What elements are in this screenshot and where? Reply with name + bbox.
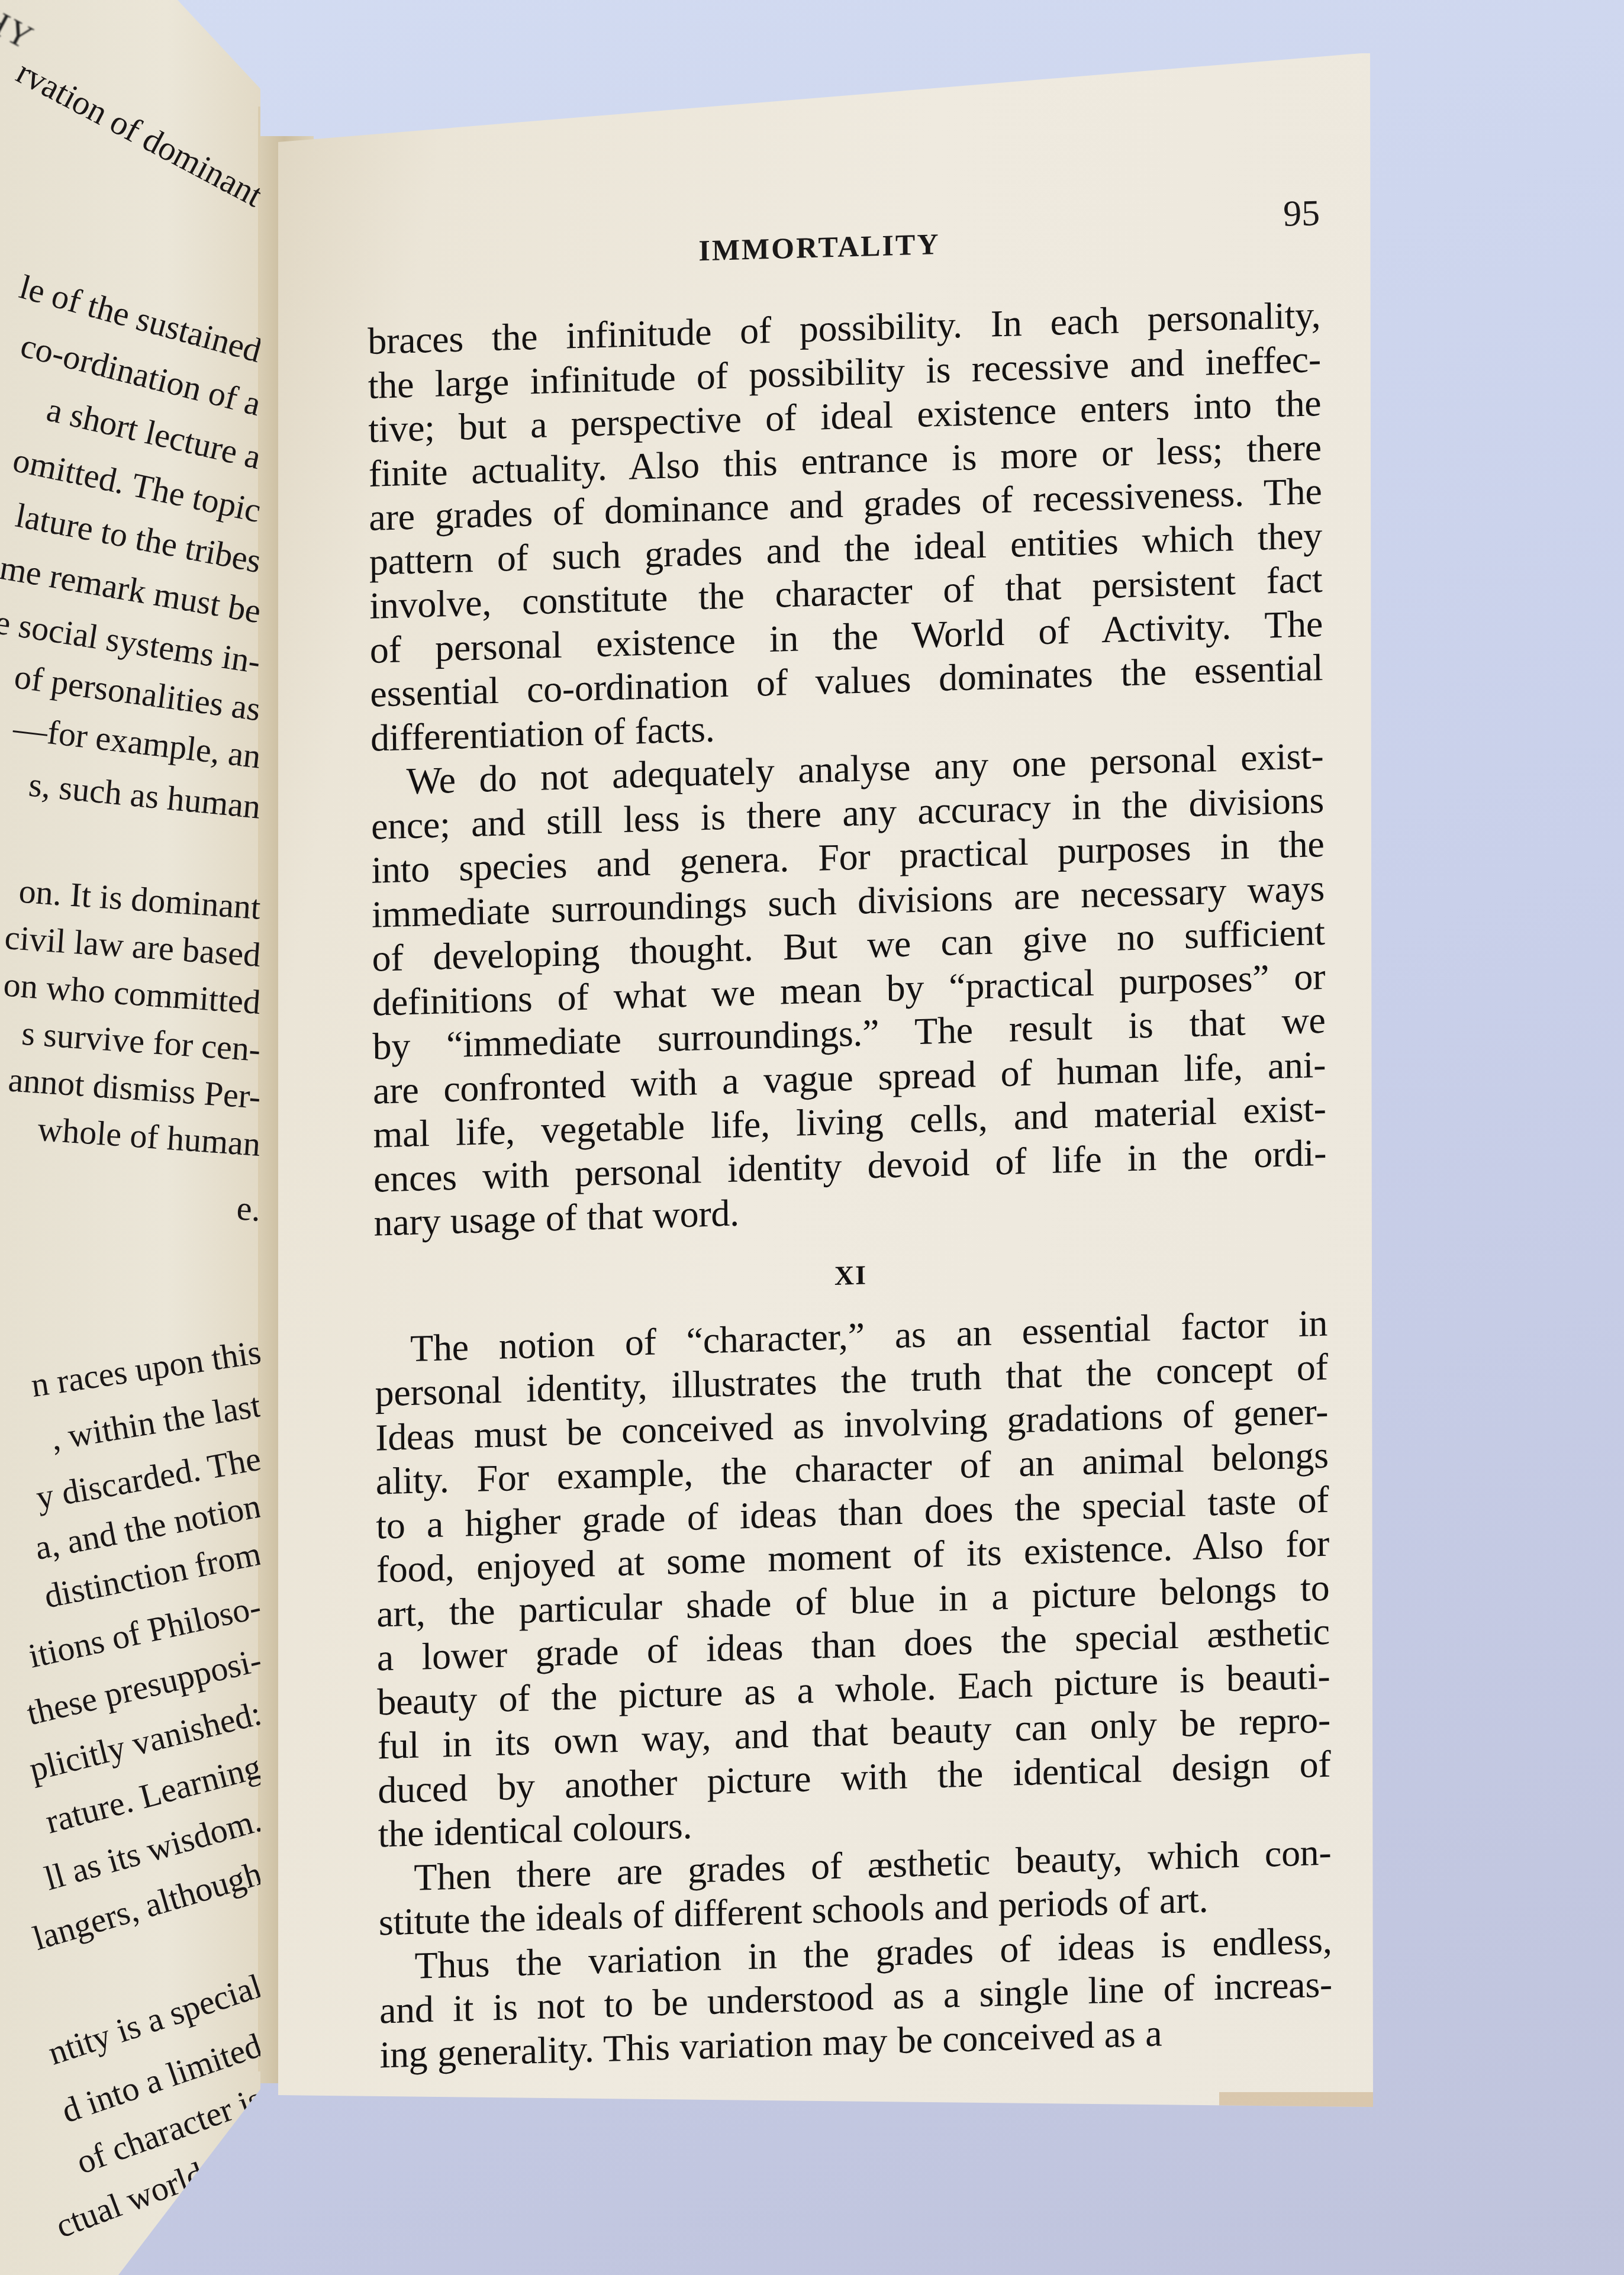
- paragraph: braces the infinitude of possibility. In…: [368, 293, 1323, 761]
- paragraph: We do not adequately analyse any one per…: [370, 734, 1327, 1245]
- left-running-head: HY: [0, 0, 40, 58]
- paragraph: Thus the variation in the grades of idea…: [379, 1918, 1333, 2077]
- left-text-line: rvation of dominant: [11, 52, 270, 215]
- section-xi-body: The notion of “character,” as an essenti…: [375, 1301, 1333, 2077]
- right-page: IMMORTALITY 95 braces the infinitude of …: [278, 53, 1400, 2131]
- left-text-line: annot dismiss Per-: [7, 1059, 262, 1117]
- section-x-continuation: braces the infinitude of possibility. In…: [368, 293, 1327, 1245]
- left-text-line: on who committed: [2, 965, 262, 1022]
- left-text-line: s, such as human: [27, 765, 263, 827]
- left-page: HY rvation of dominantle of the sustaine…: [0, 0, 278, 2275]
- section-number: XI: [374, 1246, 1327, 1304]
- page-text-block: IMMORTALITY 95 braces the infinitude of …: [367, 204, 1333, 2077]
- running-title: IMMORTALITY: [698, 227, 940, 268]
- left-text-line: on. It is dominant: [17, 871, 262, 927]
- left-text-line: civil law are based: [4, 917, 262, 975]
- left-text-line: whole of human: [37, 1109, 262, 1164]
- left-text-line: s survive for cen-: [20, 1013, 262, 1069]
- page-number: 95: [1283, 192, 1320, 236]
- paragraph: The notion of “character,” as an essenti…: [375, 1301, 1331, 1857]
- left-text-line: e.: [236, 1188, 262, 1229]
